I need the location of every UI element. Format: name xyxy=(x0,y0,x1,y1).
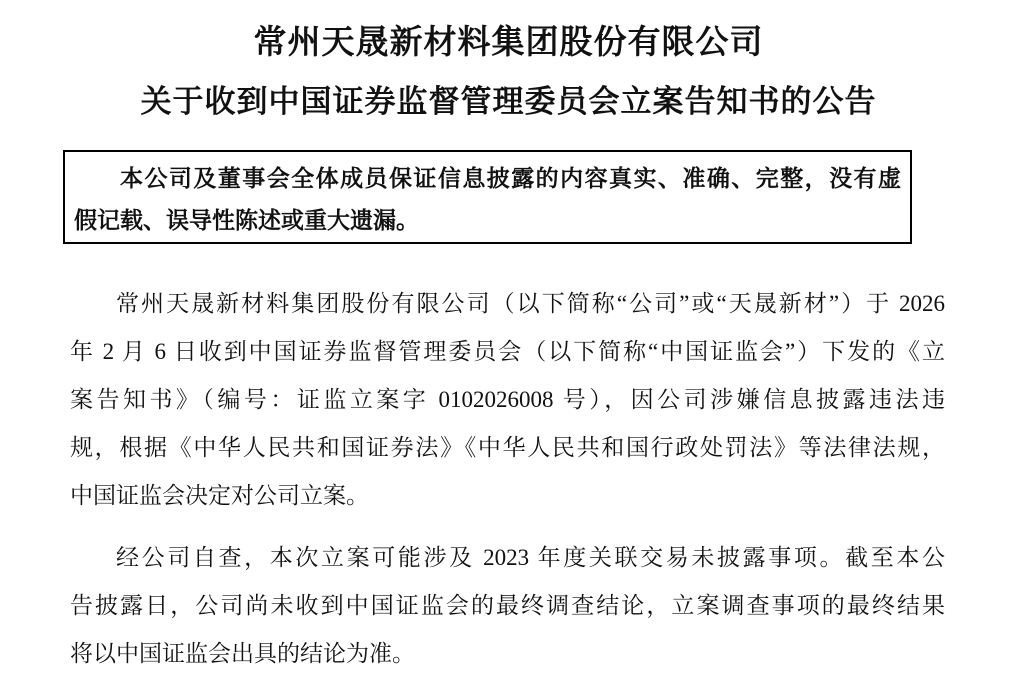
text-line: 中国证监会决定对公司立案。 xyxy=(70,472,945,520)
document-subtitle: 关于收到中国证券监督管理委员会立案告知书的公告 xyxy=(0,82,1017,122)
document-title: 常州天晟新材料集团股份有限公司 xyxy=(0,20,1017,64)
paragraph-self-inspection: 经公司自查，本次立案可能涉及 2023 年度关联交易未披露事项。截至本公告披露日… xyxy=(70,534,945,675)
text-line: 将以中国证监会出具的结论为准。 xyxy=(70,630,945,675)
text-line: 规，根据《中华人民共和国证券法》《中华人民共和国行政处罚法》等法律法规， xyxy=(70,424,945,472)
document-body: 常州天晟新材料集团股份有限公司（以下简称“公司”或“天晟新材”）于 2026年 … xyxy=(70,280,945,675)
text-line: 告披露日，公司尚未收到中国证监会的最终调查结论，立案调查事项的最终结果 xyxy=(70,582,945,630)
text-line: 假记载、误导性陈述或重大遗漏。 xyxy=(74,200,901,242)
disclaimer-box: 本公司及董事会全体成员保证信息披露的内容真实、准确、完整，没有虚假记载、误导性陈… xyxy=(63,150,912,244)
text-line: 经公司自查，本次立案可能涉及 2023 年度关联交易未披露事项。截至本公 xyxy=(70,534,945,582)
text-line: 常州天晟新材料集团股份有限公司（以下简称“公司”或“天晟新材”）于 2026 xyxy=(70,280,945,328)
text-line: 案告知书》（编号：证监立案字 0102026008 号），因公司涉嫌信息披露违法… xyxy=(70,376,945,424)
paragraph-filing-notice: 常州天晟新材料集团股份有限公司（以下简称“公司”或“天晟新材”）于 2026年 … xyxy=(70,280,945,520)
document-page: 常州天晟新材料集团股份有限公司 关于收到中国证券监督管理委员会立案告知书的公告 … xyxy=(0,0,1017,675)
text-line: 年 2 月 6 日收到中国证券监督管理委员会（以下简称“中国证监会”）下发的《立 xyxy=(70,328,945,376)
text-line: 本公司及董事会全体成员保证信息披露的内容真实、准确、完整，没有虚 xyxy=(74,158,901,200)
